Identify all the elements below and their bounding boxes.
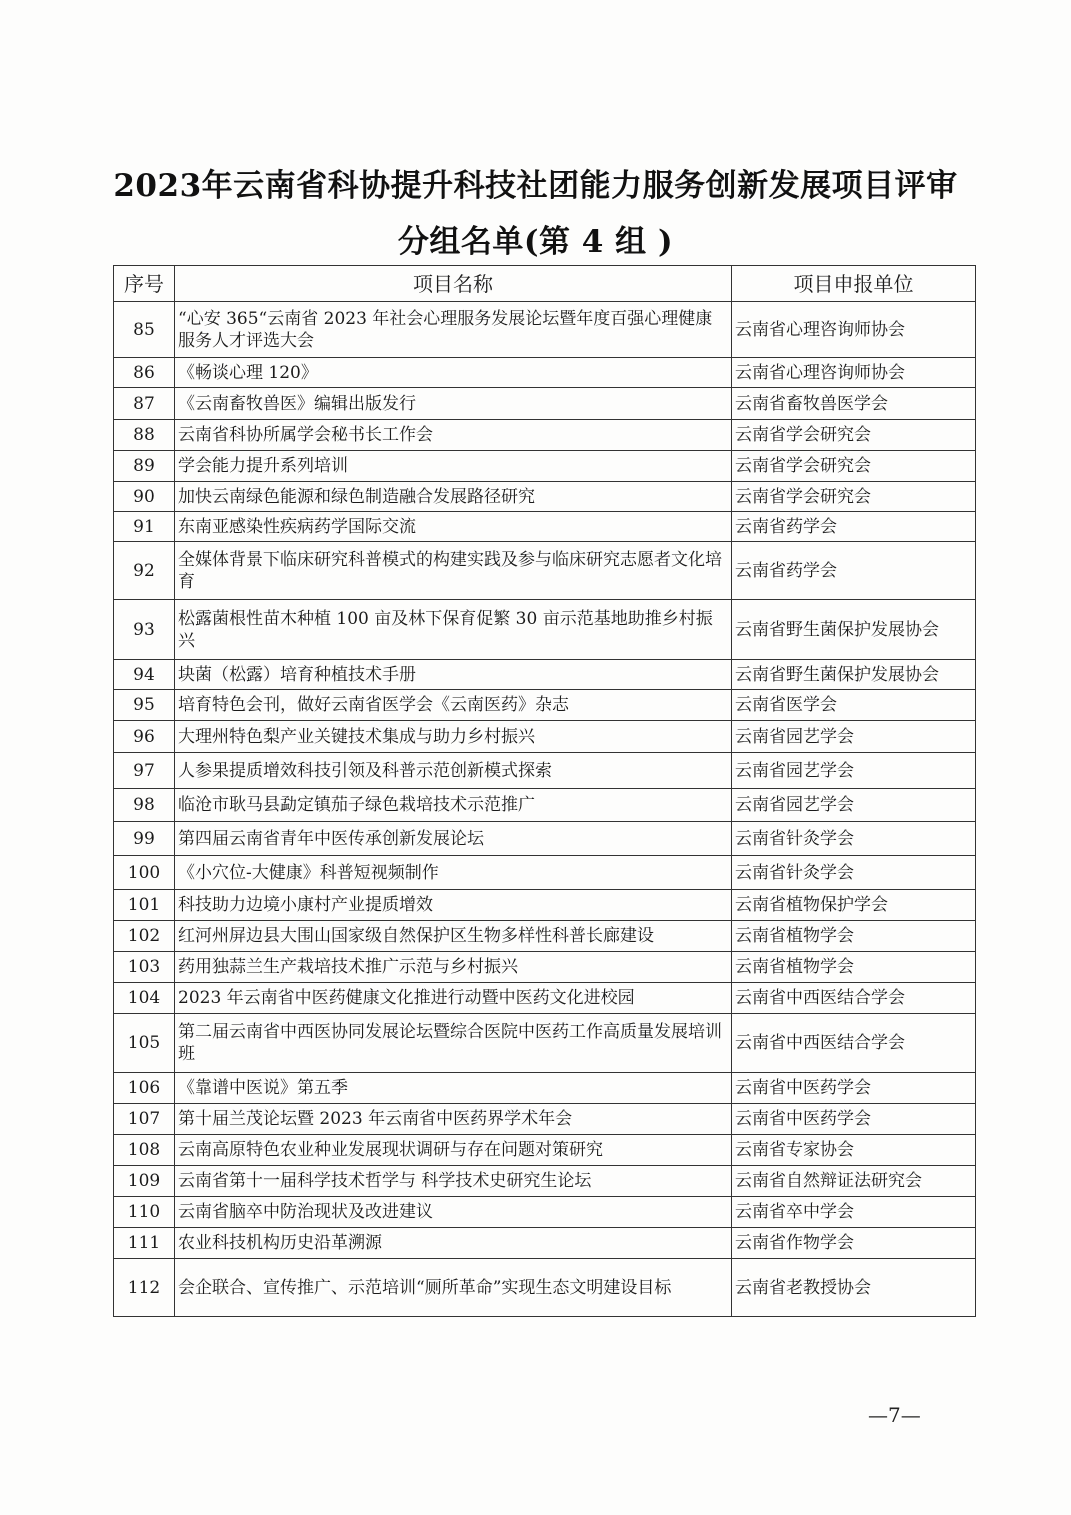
table-row: 87《云南畜牧兽医》编辑出版发行云南省畜牧兽医学会 (114, 388, 976, 420)
row-project-name: 大理州特色梨产业关键技术集成与助力乡村振兴 (175, 721, 732, 753)
row-project-name: 块菌（松露）培育种植技术手册 (175, 660, 732, 690)
row-project-name: 农业科技机构历史沿革溯源 (175, 1228, 732, 1259)
row-serial: 91 (114, 512, 175, 542)
table-row: 93松露菌根性苗木种植 100 亩及林下保育促繁 30 亩示范基地助推乡村振兴云… (114, 600, 976, 660)
row-project-name: 培育特色会刊，做好云南省医学会《云南医药》杂志 (175, 690, 732, 721)
row-project-name: 云南省第十一届科学技术哲学与 科学技术史研究生论坛 (175, 1166, 732, 1197)
row-applicant-unit: 云南省医学会 (732, 690, 976, 721)
row-applicant-unit: 云南省野生菌保护发展协会 (732, 660, 976, 690)
table-row: 109云南省第十一届科学技术哲学与 科学技术史研究生论坛云南省自然辩证法研究会 (114, 1166, 976, 1197)
row-applicant-unit: 云南省作物学会 (732, 1228, 976, 1259)
row-serial: 89 (114, 451, 175, 482)
row-serial: 99 (114, 822, 175, 856)
table-row: 102红河州屏边县大围山国家级自然保护区生物多样性科普长廊建设云南省植物学会 (114, 921, 976, 952)
row-project-name: 会企联合、宣传推广、示范培训“厕所革命”实现生态文明建设目标 (175, 1259, 732, 1317)
table-row: 92全媒体背景下临床研究科普模式的构建实践及参与临床研究志愿者文化培育云南省药学… (114, 542, 976, 600)
row-project-name: 《云南畜牧兽医》编辑出版发行 (175, 388, 732, 420)
row-applicant-unit: 云南省中西医结合学会 (732, 983, 976, 1014)
row-applicant-unit: 云南省园艺学会 (732, 753, 976, 789)
row-serial: 109 (114, 1166, 175, 1197)
row-applicant-unit: 云南省专家协会 (732, 1135, 976, 1166)
table-row: 100《小穴位-大健康》科普短视频制作云南省针灸学会 (114, 856, 976, 890)
table-row: 108云南高原特色农业种业发展现状调研与存在问题对策研究云南省专家协会 (114, 1135, 976, 1166)
row-project-name: 《畅谈心理 120》 (175, 358, 732, 388)
row-serial: 103 (114, 952, 175, 983)
table-row: 105第二届云南省中西医协同发展论坛暨综合医院中医药工作高质量发展培训班云南省中… (114, 1014, 976, 1073)
row-project-name: 全媒体背景下临床研究科普模式的构建实践及参与临床研究志愿者文化培育 (175, 542, 732, 600)
row-applicant-unit: 云南省针灸学会 (732, 856, 976, 890)
row-applicant-unit: 云南省心理咨询师协会 (732, 302, 976, 358)
row-project-name: 加快云南绿色能源和绿色制造融合发展路径研究 (175, 482, 732, 512)
row-applicant-unit: 云南省学会研究会 (732, 482, 976, 512)
row-serial: 98 (114, 789, 175, 822)
row-applicant-unit: 云南省药学会 (732, 542, 976, 600)
row-serial: 97 (114, 753, 175, 789)
table-row: 99第四届云南省青年中医传承创新发展论坛云南省针灸学会 (114, 822, 976, 856)
row-applicant-unit: 云南省卒中学会 (732, 1197, 976, 1228)
row-serial: 111 (114, 1228, 175, 1259)
row-applicant-unit: 云南省植物学会 (732, 921, 976, 952)
row-serial: 95 (114, 690, 175, 721)
document-title-line1: 2023年云南省科协提升科技社团能力服务创新发展项目评审 (0, 160, 1071, 205)
table-row: 90加快云南绿色能源和绿色制造融合发展路径研究云南省学会研究会 (114, 482, 976, 512)
row-serial: 104 (114, 983, 175, 1014)
table-row: 1042023 年云南省中医药健康文化推进行动暨中医药文化进校园云南省中西医结合… (114, 983, 976, 1014)
table-row: 103药用独蒜兰生产栽培技术推广示范与乡村振兴云南省植物学会 (114, 952, 976, 983)
table-header-row: 序号 项目名称 项目申报单位 (114, 266, 976, 302)
row-applicant-unit: 云南省野生菌保护发展协会 (732, 600, 976, 660)
header-project-name: 项目名称 (175, 266, 732, 302)
row-serial: 90 (114, 482, 175, 512)
row-applicant-unit: 云南省学会研究会 (732, 451, 976, 482)
row-applicant-unit: 云南省自然辩证法研究会 (732, 1166, 976, 1197)
table-row: 88云南省科协所属学会秘书长工作会云南省学会研究会 (114, 420, 976, 451)
row-project-name: 东南亚感染性疾病药学国际交流 (175, 512, 732, 542)
header-serial: 序号 (114, 266, 175, 302)
row-project-name: 松露菌根性苗木种植 100 亩及林下保育促繁 30 亩示范基地助推乡村振兴 (175, 600, 732, 660)
row-project-name: 云南省科协所属学会秘书长工作会 (175, 420, 732, 451)
row-project-name: 第二届云南省中西医协同发展论坛暨综合医院中医药工作高质量发展培训班 (175, 1014, 732, 1073)
row-applicant-unit: 云南省畜牧兽医学会 (732, 388, 976, 420)
row-applicant-unit: 云南省学会研究会 (732, 420, 976, 451)
row-project-name: 临沧市耿马县勐定镇茄子绿色栽培技术示范推广 (175, 789, 732, 822)
row-applicant-unit: 云南省植物学会 (732, 952, 976, 983)
row-applicant-unit: 云南省中医药学会 (732, 1073, 976, 1104)
row-applicant-unit: 云南省药学会 (732, 512, 976, 542)
row-project-name: “心安 365“云南省 2023 年社会心理服务发展论坛暨年度百强心理健康服务人… (175, 302, 732, 358)
table-row: 101科技助力边境小康村产业提质增效云南省植物保护学会 (114, 890, 976, 921)
row-project-name: 《靠谱中医说》第五季 (175, 1073, 732, 1104)
table-row: 96大理州特色梨产业关键技术集成与助力乡村振兴云南省园艺学会 (114, 721, 976, 753)
document-title-line2: 分组名单(第 4 组 ) (0, 216, 1071, 261)
row-serial: 88 (114, 420, 175, 451)
row-applicant-unit: 云南省园艺学会 (732, 789, 976, 822)
row-serial: 106 (114, 1073, 175, 1104)
row-project-name: 药用独蒜兰生产栽培技术推广示范与乡村振兴 (175, 952, 732, 983)
table-row: 86《畅谈心理 120》云南省心理咨询师协会 (114, 358, 976, 388)
row-applicant-unit: 云南省老教授协会 (732, 1259, 976, 1317)
table-row: 111农业科技机构历史沿革溯源云南省作物学会 (114, 1228, 976, 1259)
table-row: 95培育特色会刊，做好云南省医学会《云南医药》杂志云南省医学会 (114, 690, 976, 721)
row-serial: 100 (114, 856, 175, 890)
row-applicant-unit: 云南省针灸学会 (732, 822, 976, 856)
row-serial: 105 (114, 1014, 175, 1073)
row-serial: 96 (114, 721, 175, 753)
row-serial: 85 (114, 302, 175, 358)
row-serial: 110 (114, 1197, 175, 1228)
row-serial: 87 (114, 388, 175, 420)
table-body: 85“心安 365“云南省 2023 年社会心理服务发展论坛暨年度百强心理健康服… (114, 302, 976, 1317)
table-row: 107第十届兰茂论坛暨 2023 年云南省中医药界学术年会云南省中医药学会 (114, 1104, 976, 1135)
row-project-name: 科技助力边境小康村产业提质增效 (175, 890, 732, 921)
row-project-name: 人参果提质增效科技引领及科普示范创新模式探索 (175, 753, 732, 789)
row-project-name: 云南省脑卒中防治现状及改进建议 (175, 1197, 732, 1228)
row-serial: 93 (114, 600, 175, 660)
row-applicant-unit: 云南省中医药学会 (732, 1104, 976, 1135)
row-serial: 92 (114, 542, 175, 600)
table-row: 94块菌（松露）培育种植技术手册云南省野生菌保护发展协会 (114, 660, 976, 690)
row-project-name: 第四届云南省青年中医传承创新发展论坛 (175, 822, 732, 856)
row-project-name: 第十届兰茂论坛暨 2023 年云南省中医药界学术年会 (175, 1104, 732, 1135)
row-project-name: 2023 年云南省中医药健康文化推进行动暨中医药文化进校园 (175, 983, 732, 1014)
table-row: 85“心安 365“云南省 2023 年社会心理服务发展论坛暨年度百强心理健康服… (114, 302, 976, 358)
row-applicant-unit: 云南省中西医结合学会 (732, 1014, 976, 1073)
row-serial: 101 (114, 890, 175, 921)
table-row: 98临沧市耿马县勐定镇茄子绿色栽培技术示范推广云南省园艺学会 (114, 789, 976, 822)
table-row: 89学会能力提升系列培训云南省学会研究会 (114, 451, 976, 482)
row-serial: 108 (114, 1135, 175, 1166)
row-serial: 102 (114, 921, 175, 952)
table-row: 110云南省脑卒中防治现状及改进建议云南省卒中学会 (114, 1197, 976, 1228)
row-serial: 86 (114, 358, 175, 388)
row-applicant-unit: 云南省园艺学会 (732, 721, 976, 753)
table-row: 106《靠谱中医说》第五季云南省中医药学会 (114, 1073, 976, 1104)
row-serial: 107 (114, 1104, 175, 1135)
header-applicant-unit: 项目申报单位 (732, 266, 976, 302)
row-applicant-unit: 云南省心理咨询师协会 (732, 358, 976, 388)
table-row: 97人参果提质增效科技引领及科普示范创新模式探索云南省园艺学会 (114, 753, 976, 789)
project-table: 序号 项目名称 项目申报单位 85“心安 365“云南省 2023 年社会心理服… (113, 265, 976, 1317)
row-project-name: 学会能力提升系列培训 (175, 451, 732, 482)
row-serial: 112 (114, 1259, 175, 1317)
page-number: —7— (868, 1403, 921, 1427)
row-project-name: 云南高原特色农业种业发展现状调研与存在问题对策研究 (175, 1135, 732, 1166)
row-serial: 94 (114, 660, 175, 690)
table-row: 91东南亚感染性疾病药学国际交流云南省药学会 (114, 512, 976, 542)
row-project-name: 《小穴位-大健康》科普短视频制作 (175, 856, 732, 890)
row-project-name: 红河州屏边县大围山国家级自然保护区生物多样性科普长廊建设 (175, 921, 732, 952)
table-row: 112会企联合、宣传推广、示范培训“厕所革命”实现生态文明建设目标云南省老教授协… (114, 1259, 976, 1317)
row-applicant-unit: 云南省植物保护学会 (732, 890, 976, 921)
